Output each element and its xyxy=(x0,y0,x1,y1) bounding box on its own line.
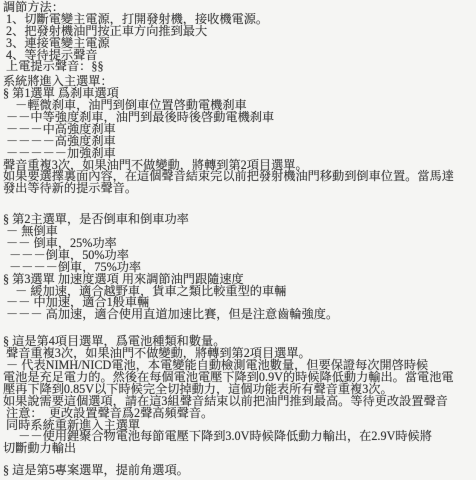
section-menu4-battery: § 這是第4項目選單，爲電池種類和數量。 聲音重複3次，如果油門不做變動，將轉到… xyxy=(3,336,474,455)
text-line: 上電提示聲音：§§ xyxy=(3,61,474,73)
section-menu5-timing: § 這是第5專案選單，提前角選項。 xyxy=(3,465,474,477)
document-page: 調節方法： 1、切斷電變主電源，打開發射機，接收機電源。 2、把發射機油門按正車… xyxy=(0,0,476,480)
text-line: 發出等待新的提示聲音。 xyxy=(3,183,474,195)
text-line: § 第2主選單，是否倒車和倒車功率 xyxy=(3,214,474,226)
text-line: 切斷動力輸出 xyxy=(3,443,474,455)
section-setup-steps: 調節方法： 1、切斷電變主電源，打開發射機，接收機電源。 2、把發射機油門按正車… xyxy=(3,2,474,73)
section-menu1-brake: 系統將進入主選單：§ 第1選單 爲刹車選項 －輕微刹車，油門到倒車位置啓動電機刹… xyxy=(3,76,474,195)
text-line: －－－ 高加速，適合使用直道加速比賽，但是注意齒輪強度。 xyxy=(3,309,474,321)
text-line: § 這是第5專案選單，提前角選項。 xyxy=(3,465,474,477)
section-menu2-menu3: § 第2主選單，是否倒車和倒車功率 － 無倒車 －－ 倒車，25%功率 －－－倒… xyxy=(3,214,474,321)
